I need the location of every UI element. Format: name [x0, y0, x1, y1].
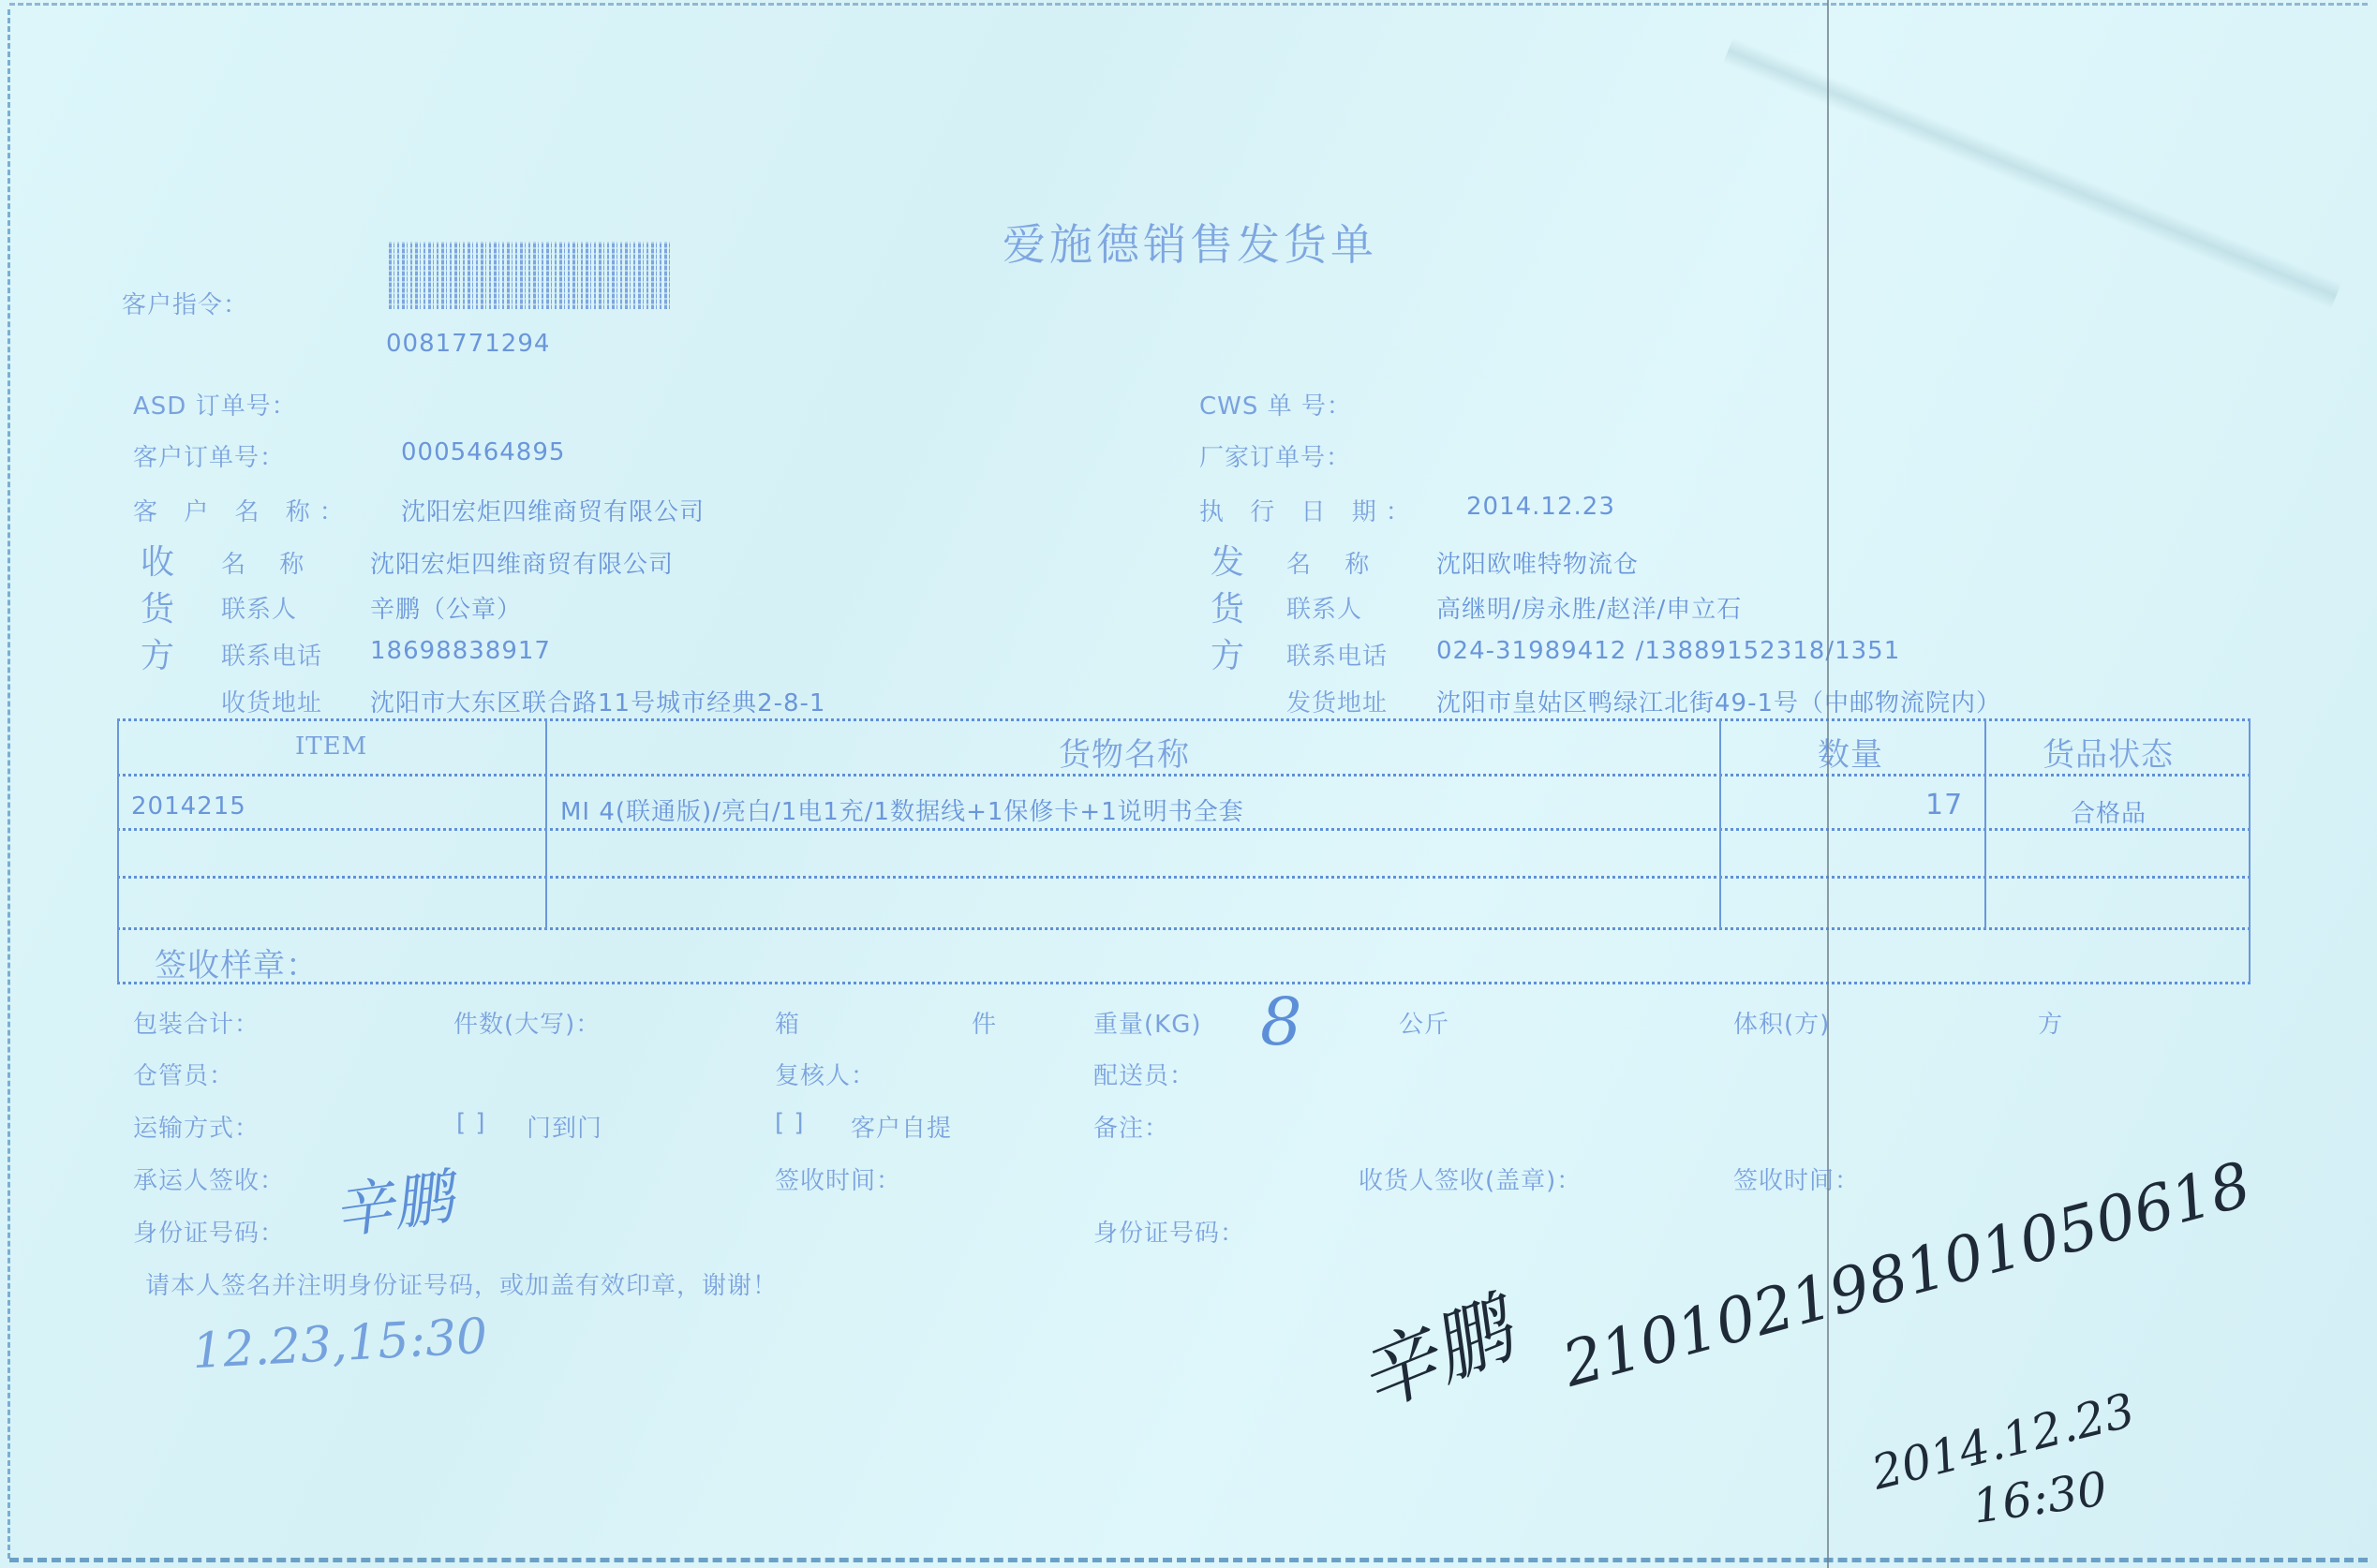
receiver-address-label: 收货地址: [221, 684, 322, 718]
receiver-side-char-3: 方: [141, 629, 175, 677]
paper-crease: [1723, 37, 2341, 309]
shipper-address-value: 沈阳市皇姑区鸭绿江北街49-1号（中邮物流院内）: [1436, 684, 2001, 718]
handwritten-receiver-signature: 辛鹏: [1338, 1267, 1526, 1431]
weight-unit: 公斤: [1399, 1005, 1449, 1040]
id-number-right-label: 身份证号码：: [1093, 1214, 1245, 1249]
reviewer-label: 复核人：: [775, 1057, 876, 1091]
row-item-code: 2014215: [131, 792, 246, 821]
receiver-name-value: 沈阳宏炬四维商贸有限公司: [370, 545, 674, 580]
receiver-side-char-2: 货: [141, 583, 175, 630]
execution-date-value: 2014.12.23: [1466, 493, 1615, 521]
table-divider: [1984, 718, 1986, 929]
shipper-contact-label: 联系人: [1286, 590, 1362, 625]
customer-name-value: 沈阳宏炬四维商贸有限公司: [401, 493, 705, 527]
carrier-signature: 辛鹏: [327, 1149, 458, 1251]
receiver-address-value: 沈阳市大东区联合路11号城市经典2-8-1: [370, 684, 825, 718]
shipper-phone-value: 024-31989412 /13889152318/1351: [1436, 637, 1900, 665]
fold-line: [1827, 0, 1829, 1568]
receiver-name-label: 名 称: [221, 545, 317, 580]
sign-stamp-label: 签收样章：: [155, 939, 319, 985]
shipper-name-value: 沈阳欧唯特物流仓: [1436, 545, 1639, 580]
receiver-phone-label: 联系电话: [221, 637, 322, 672]
shipper-address-label: 发货地址: [1286, 684, 1388, 718]
signature-notice: 请本人签名并注明身份证号码，或加盖有效印章，谢谢！: [145, 1266, 778, 1301]
weight-label: 重量(KG): [1093, 1005, 1202, 1040]
table-header-status: 货品状态: [2043, 729, 2174, 775]
transport-door-label: 门到门: [527, 1109, 602, 1144]
receiver-contact-label: 联系人: [221, 590, 297, 625]
sign-time-left-label: 签收时间：: [775, 1161, 901, 1196]
document-title: 爱施德销售发货单: [1003, 211, 1377, 273]
deliverer-label: 配送员：: [1093, 1057, 1195, 1091]
table-rule: [117, 828, 2251, 831]
warehouse-keeper-label: 仓管员：: [133, 1057, 234, 1091]
table-header-name: 货物名称: [1059, 729, 1190, 775]
customer-instruction-label: 客户指令：: [122, 286, 248, 320]
table-rule: [117, 876, 2251, 879]
id-number-left-label: 身份证号码：: [133, 1214, 285, 1249]
shipper-name-label: 名 称: [1286, 545, 1382, 580]
piece-count-label: 件数(大写)：: [453, 1005, 601, 1040]
weight-value-handwritten: 8: [1260, 984, 1302, 1060]
shipper-side-char-2: 货: [1211, 583, 1245, 630]
cws-order-label: CWS 单 号：: [1199, 387, 1352, 422]
receiver-phone-value: 18698838917: [370, 637, 551, 665]
table-rule: [117, 982, 2251, 984]
volume-unit: 方: [2038, 1005, 2063, 1040]
transport-door-checkbox[interactable]: [ ]: [456, 1109, 486, 1137]
volume-label: 体积(方): [1733, 1005, 1830, 1040]
shipper-contact-value: 高继明/房永胜/赵洋/申立石: [1436, 590, 1742, 625]
customer-order-label: 客户订单号：: [133, 438, 285, 473]
handwritten-receiver-id: 210102198101050618: [1555, 1148, 2258, 1401]
transport-pickup-label: 客户自提: [851, 1109, 952, 1144]
table-rule: [117, 927, 2251, 930]
table-border: [2249, 718, 2251, 984]
perforation-bottom: [9, 1558, 2368, 1562]
receiver-sign-label: 收货人签收(盖章)：: [1359, 1161, 1582, 1196]
delivery-note-paper: 爱施德销售发货单 客户指令： 0081771294 ASD 订单号： 客户订单号…: [0, 0, 2377, 1568]
asd-order-label: ASD 订单号：: [133, 387, 297, 422]
sign-time-right-label: 签收时间：: [1733, 1161, 1860, 1196]
execution-date-label: 执 行 日 期：: [1199, 493, 1419, 527]
handwritten-left-datetime: 12.23,15:30: [191, 1309, 489, 1380]
package-total-label: 包装合计：: [133, 1005, 260, 1040]
table-header-item: ITEM: [295, 732, 367, 761]
barcode-icon: [389, 242, 670, 309]
shipper-phone-label: 联系电话: [1286, 637, 1388, 672]
row-status: 合格品: [2071, 794, 2147, 829]
receiver-side-char-1: 收: [141, 536, 175, 584]
carrier-sign-label: 承运人签收：: [133, 1161, 285, 1196]
shipper-side-char-3: 方: [1211, 629, 1245, 677]
perforation-left: [7, 9, 10, 1559]
transport-label: 运输方式：: [133, 1109, 260, 1144]
customer-order-value: 0005464895: [401, 438, 565, 466]
table-divider: [1719, 718, 1721, 929]
customer-name-label: 客 户 名 称：: [133, 493, 353, 527]
factory-order-label: 厂家订单号：: [1199, 438, 1351, 473]
row-quantity: 17: [1925, 789, 1963, 821]
perforation-top: [9, 3, 2368, 6]
table-rule: [117, 718, 2251, 721]
transport-pickup-checkbox[interactable]: [ ]: [775, 1109, 805, 1137]
box-unit-label: 箱: [775, 1005, 800, 1040]
remark-label: 备注：: [1093, 1109, 1169, 1144]
shipper-side-char-1: 发: [1211, 536, 1245, 584]
table-divider: [545, 718, 547, 929]
row-product-name: MI 4(联通版)/亮白/1电1充/1数据线+1保修卡+1说明书全套: [560, 792, 1244, 827]
table-border: [117, 718, 119, 984]
barcode-number: 0081771294: [386, 330, 550, 358]
piece-unit-label: 件: [972, 1005, 997, 1040]
receiver-contact-value: 辛鹏（公章）: [370, 590, 522, 625]
